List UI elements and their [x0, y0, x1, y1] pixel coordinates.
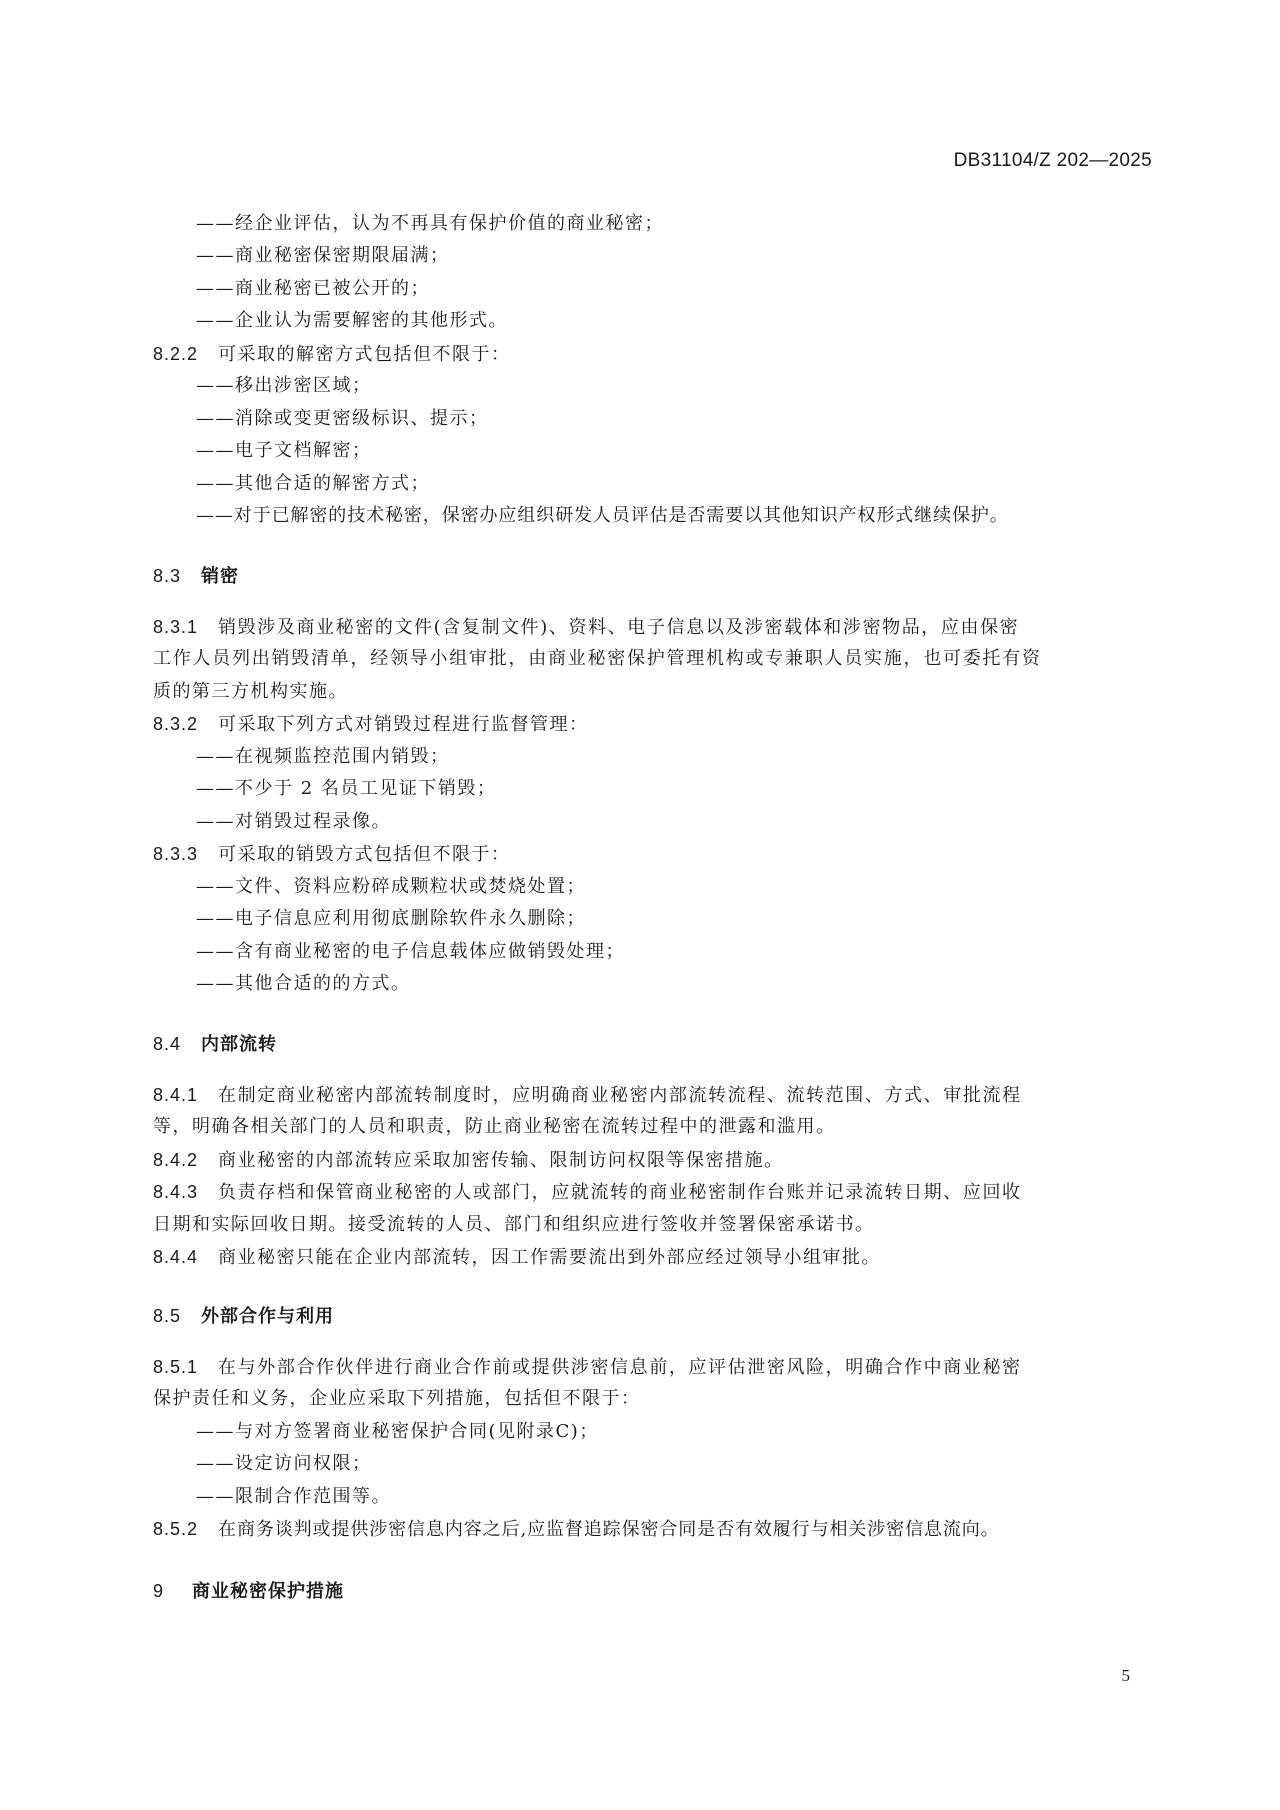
clause-text: 负责存档和保管商业秘密的人或部门，应就流转的商业秘密制作台账并记录流转日期、应回… — [218, 1182, 1022, 1203]
list-item: ——其他合适的的方式。 — [196, 971, 411, 997]
clause-number: 8.4.3 — [153, 1179, 198, 1205]
clause-text: 在与外部合作伙伴进行商业合作前或提供涉密信息前，应评估泄密风险，明确合作中商业秘… — [218, 1357, 1022, 1378]
heading-number: 8.4 — [153, 1031, 181, 1057]
document-code: DB31104/Z 202—2025 — [954, 150, 1152, 172]
list-item: ——限制合作范围等。 — [196, 1484, 391, 1510]
clause-text: 可采取的解密方式包括但不限于： — [218, 344, 511, 365]
list-item: ——经企业评估，认为不再具有保护价值的商业秘密； — [196, 211, 664, 237]
clause-number: 8.4.4 — [153, 1244, 198, 1270]
list-item: ——商业秘密已被公开的； — [196, 276, 430, 302]
section-heading-8-3: 8.3销密 — [153, 563, 239, 589]
clause-number: 8.4.1 — [153, 1082, 198, 1108]
heading-number: 8.3 — [153, 563, 181, 589]
section-heading-8-4: 8.4内部流转 — [153, 1031, 277, 1057]
heading-title: 商业秘密保护措施 — [192, 1581, 344, 1601]
clause-8-4-3: 8.4.3负责存档和保管商业秘密的人或部门，应就流转的商业秘密制作台账并记录流转… — [153, 1179, 1022, 1206]
list-item: ——企业认为需要解密的其他形式。 — [196, 308, 508, 334]
heading-title: 内部流转 — [201, 1034, 277, 1054]
clause-text: 商业秘密的内部流转应采取加密传输、限制访问权限等保密措施。 — [218, 1150, 784, 1171]
clause-8-3-3: 8.3.3可采取的销毁方式包括但不限于： — [153, 841, 511, 868]
clause-number: 8.5.1 — [153, 1354, 198, 1380]
clause-text-line: 保护责任和义务，企业应采取下列措施，包括但不限于： — [153, 1386, 641, 1412]
list-item: ——电子信息应利用彻底删除软件永久删除； — [196, 906, 586, 932]
page-number: 5 — [1122, 1666, 1131, 1686]
heading-title: 销密 — [201, 566, 239, 586]
clause-text: 销毁涉及商业秘密的文件(含复制文件)、资料、电子信息以及涉密载体和涉密物品，应由… — [218, 617, 1019, 638]
list-item: ——移出涉密区域； — [196, 373, 372, 399]
heading-number: 9 — [153, 1578, 164, 1604]
list-item: ——电子文档解密； — [196, 438, 372, 464]
list-item: ——其他合适的解密方式； — [196, 471, 430, 497]
clause-text-line: 质的第三方机构实施。 — [153, 679, 348, 705]
clause-text: 在商务谈判或提供涉密信息内容之后,应监督追踪保密合同是否有效履行与相关涉密信息流… — [218, 1519, 1000, 1540]
clause-8-4-4: 8.4.4商业秘密只能在企业内部流转，因工作需要流出到外部应经过领导小组审批。 — [153, 1244, 881, 1271]
list-item: ——设定访问权限； — [196, 1451, 372, 1477]
clause-number: 8.4.2 — [153, 1147, 198, 1173]
section-heading-9: 9商业秘密保护措施 — [153, 1578, 344, 1604]
heading-title: 外部合作与利用 — [201, 1306, 334, 1326]
clause-text: 可采取下列方式对销毁过程进行监督管理： — [218, 714, 589, 735]
clause-text-line: 工作人员列出销毁清单，经领导小组审批，由商业秘密保护管理机构或专兼职人员实施，也… — [153, 646, 1042, 672]
list-item: ——消除或变更密级标识、提示； — [196, 406, 489, 432]
clause-text: 商业秘密只能在企业内部流转，因工作需要流出到外部应经过领导小组审批。 — [218, 1247, 881, 1268]
clause-number: 8.5.2 — [153, 1516, 198, 1542]
list-item: ——对销毁过程录像。 — [196, 809, 391, 835]
clause-8-4-2: 8.4.2商业秘密的内部流转应采取加密传输、限制访问权限等保密措施。 — [153, 1147, 784, 1174]
list-item: ——在视频监控范围内销毁； — [196, 744, 450, 770]
clause-text-line: 等，明确各相关部门的人员和职责，防止商业秘密在流转过程中的泄露和滥用。 — [153, 1114, 836, 1140]
heading-number: 8.5 — [153, 1303, 181, 1329]
list-item: ——文件、资料应粉碎成颗粒状或焚烧处置； — [196, 874, 586, 900]
clause-8-4-1: 8.4.1在制定商业秘密内部流转制度时，应明确商业秘密内部流转流程、流转范围、方… — [153, 1082, 1022, 1109]
clause-number: 8.2.2 — [153, 341, 198, 367]
section-heading-8-5: 8.5外部合作与利用 — [153, 1303, 334, 1329]
clause-number: 8.3.3 — [153, 841, 198, 867]
clause-number: 8.3.2 — [153, 711, 198, 737]
clause-text-line: 日期和实际回收日期。接受流转的人员、部门和组织应进行签收并签署保密承诺书。 — [153, 1212, 875, 1238]
clause-8-3-2: 8.3.2可采取下列方式对销毁过程进行监督管理： — [153, 711, 589, 738]
list-item: ——对于已解密的技术秘密，保密办应组织研发人员评估是否需要以其他知识产权形式继续… — [196, 503, 1009, 529]
clause-text: 在制定商业秘密内部流转制度时，应明确商业秘密内部流转流程、流转范围、方式、审批流… — [218, 1085, 1022, 1106]
list-item: ——与对方签署商业秘密保护合同(见附录C)； — [196, 1419, 599, 1445]
clause-8-3-1: 8.3.1销毁涉及商业秘密的文件(含复制文件)、资料、电子信息以及涉密载体和涉密… — [153, 614, 1019, 641]
clause-8-5-2: 8.5.2在商务谈判或提供涉密信息内容之后,应监督追踪保密合同是否有效履行与相关… — [153, 1516, 1000, 1543]
list-item: ——不少于 2 名员工见证下销毁； — [196, 776, 496, 802]
clause-8-2-2: 8.2.2可采取的解密方式包括但不限于： — [153, 341, 511, 368]
list-item: ——含有商业秘密的电子信息载体应做销毁处理； — [196, 939, 625, 965]
clause-text: 可采取的销毁方式包括但不限于： — [218, 844, 511, 865]
clause-number: 8.3.1 — [153, 614, 198, 640]
list-item: ——商业秘密保密期限届满； — [196, 243, 450, 269]
clause-8-5-1: 8.5.1在与外部合作伙伴进行商业合作前或提供涉密信息前，应评估泄密风险，明确合… — [153, 1354, 1022, 1381]
